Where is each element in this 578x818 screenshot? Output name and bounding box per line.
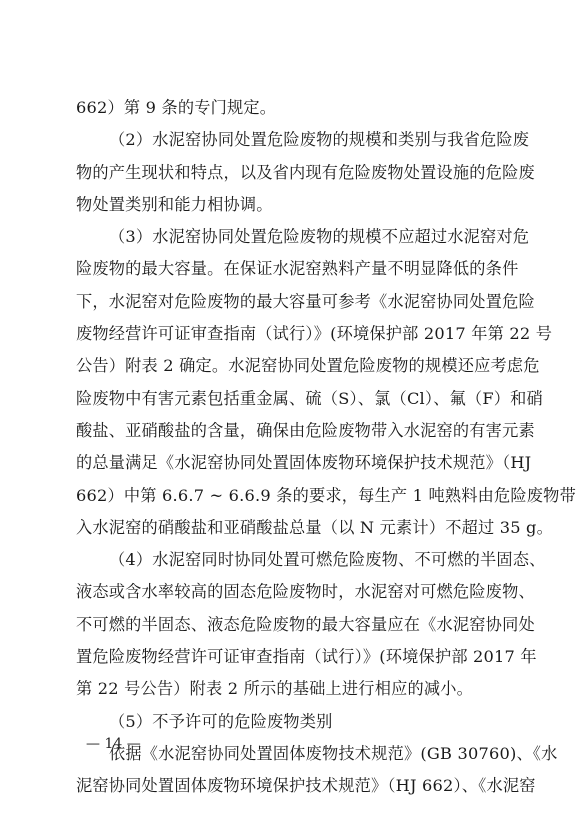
text-line: 公告）附表 2 确定。水泥窑协同处置危险废物的规模还应考虑危	[76, 350, 504, 382]
paragraph-3-start: （3）水泥窑协同处置危险废物的规模不应超过水泥窑对危	[76, 221, 504, 253]
text-line: 泥窑协同处置固体废物环境保护技术规范》（HJ 662）、《水泥窑	[76, 770, 504, 802]
text-line: 废物经营许可证审查指南（试行）》(环境保护部 2017 年第 22 号	[76, 318, 504, 350]
paragraph-2-start: （2）水泥窑协同处置危险废物的规模和类别与我省危险废	[76, 124, 504, 156]
text-line: 险废物中有害元素包括重金属、硫（S）、氯（Cl）、氟（F）和硝	[76, 383, 504, 415]
text-line: 662）第 9 条的专门规定。	[76, 92, 504, 124]
text-line: 第 22 号公告）附表 2 所示的基础上进行相应的减小。	[76, 673, 504, 705]
page-number: — 14 —	[86, 736, 141, 752]
text-line: 险废物的最大容量。在保证水泥窑熟料产量不明显降低的条件	[76, 253, 504, 285]
text-line: 物处置类别和能力相协调。	[76, 189, 504, 221]
text-line: 下，水泥窑对危险废物的最大容量可参考《水泥窑协同处置危险	[76, 286, 504, 318]
text-line: 置危险废物经营许可证审查指南（试行）》(环境保护部 2017 年	[76, 641, 504, 673]
document-body: 662）第 9 条的专门规定。 （2）水泥窑协同处置危险废物的规模和类别与我省危…	[76, 92, 504, 803]
text-line: 入水泥窑的硝酸盐和亚硝酸盐总量（以 N 元素计）不超过 35 g。	[76, 512, 504, 544]
text-line: 酸盐、亚硝酸盐的含量，确保由危险废物带入水泥窑的有害元素	[76, 415, 504, 447]
text-line: 液态或含水率较高的固态危险废物时，水泥窑对可燃危险废物、	[76, 576, 504, 608]
text-line: 不可燃的半固态、液态危险废物的最大容量应在《水泥窑协同处	[76, 609, 504, 641]
paragraph-4-start: （4）水泥窑同时协同处置可燃危险废物、不可燃的半固态、	[76, 544, 504, 576]
text-line: 物的产生现状和特点，以及省内现有危险废物处置设施的危险废	[76, 157, 504, 189]
text-line: 的总量满足《水泥窑协同处置固体废物环境保护技术规范》（HJ	[76, 447, 504, 479]
section-heading-5: （5）不予许可的危险废物类别	[76, 706, 504, 738]
text-line: 662）中第 6.6.7 ~ 6.6.9 条的要求，每生产 1 吨熟料由危险废物…	[76, 480, 504, 512]
